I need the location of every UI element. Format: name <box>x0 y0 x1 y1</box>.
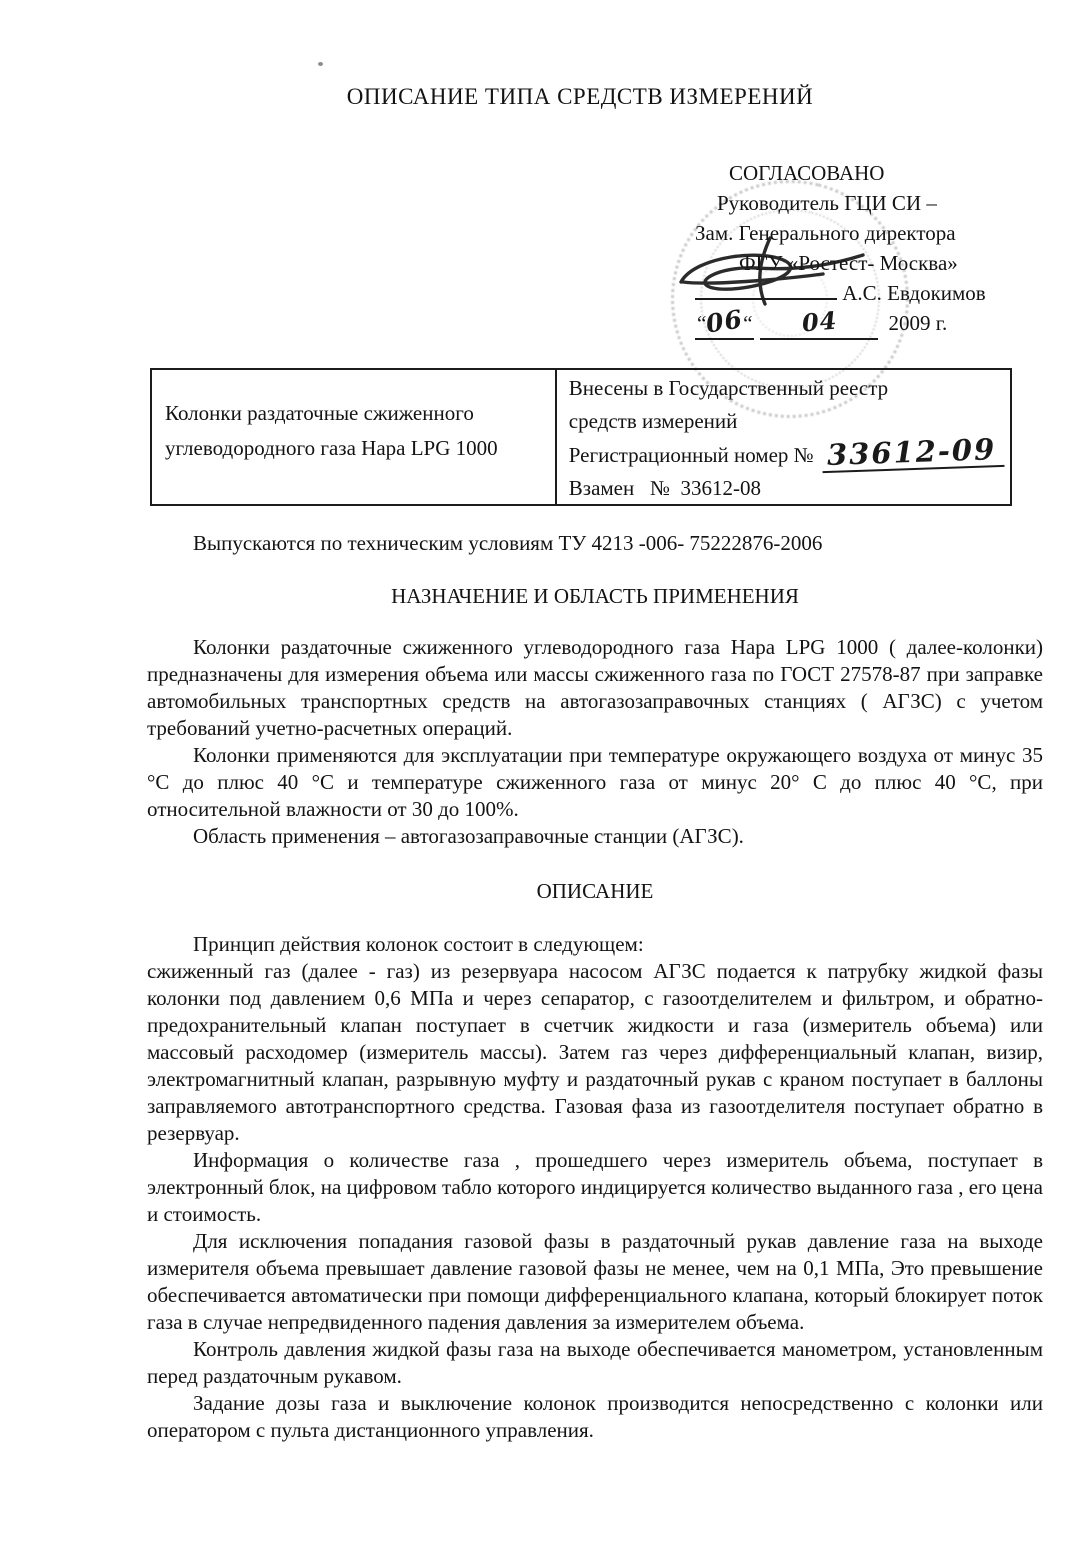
scan-artifact <box>318 62 323 66</box>
section-heading-purpose: НАЗНАЧЕНИЕ И ОБЛАСТЬ ПРИМЕНЕНИЯ <box>147 583 1043 610</box>
section-heading-description: ОПИСАНИЕ <box>147 878 1043 905</box>
paragraph-description-6: Задание дозы газа и выключение колонок п… <box>147 1390 1043 1444</box>
registry-table: Колонки раздаточные сжиженного углеводор… <box>150 368 1012 506</box>
intro-line: Выпускаются по техническим условиям ТУ 4… <box>147 530 1043 557</box>
registry-line-2: средств измерений <box>569 405 1004 438</box>
date-year: 2009 г. <box>888 311 947 335</box>
paragraph-description-5: Контроль давления жидкой фазы газа на вы… <box>147 1336 1043 1390</box>
paragraph-description-4: Для исключения попадания газовой фазы в … <box>147 1228 1043 1336</box>
handwritten-registration-number: 33612-09 <box>821 435 1004 473</box>
approval-block: СОГЛАСОВАНО Руководитель ГЦИ СИ – Зам. Г… <box>695 158 1080 340</box>
registry-line-1: Внесены в Государственный реестр <box>569 372 1004 405</box>
paragraph-description-2: сжиженный газ (далее - газ) из резервуар… <box>147 958 1043 1147</box>
registration-number-line: Регистрационный номер №33612-09 <box>569 438 1004 472</box>
approval-role-line-1: Руководитель ГЦИ СИ – <box>717 188 1080 218</box>
signature-scribble <box>673 234 883 318</box>
paragraph-description-1: Принцип действия колонок состоит в следу… <box>147 931 1043 958</box>
approval-label: СОГЛАСОВАНО <box>729 158 1080 188</box>
paragraph-purpose-2: Колонки применяются для эксплуатации при… <box>147 742 1043 823</box>
instrument-name-cell: Колонки раздаточные сжиженного углеводор… <box>152 370 557 504</box>
registration-number-label: Регистрационный номер № <box>569 443 814 467</box>
paragraph-description-3: Информация о количестве газа , прошедшег… <box>147 1147 1043 1228</box>
registry-info-cell: Внесены в Государственный реестр средств… <box>557 370 1010 504</box>
paragraph-purpose-3: Область применения – автогазозаправочные… <box>147 823 1043 850</box>
document-title: ОПИСАНИЕ ТИПА СРЕДСТВ ИЗМЕРЕНИЙ <box>60 84 1086 110</box>
paragraph-purpose-1: Колонки раздаточные сжиженного углеводор… <box>147 634 1043 742</box>
replaces-line: Взамен № 33612-08 <box>569 472 1004 505</box>
document-body: Выпускаются по техническим условиям ТУ 4… <box>147 530 1043 1444</box>
document-page: ОПИСАНИЕ ТИПА СРЕДСТВ ИЗМЕРЕНИЙ СОГЛАСОВ… <box>0 0 1086 1560</box>
